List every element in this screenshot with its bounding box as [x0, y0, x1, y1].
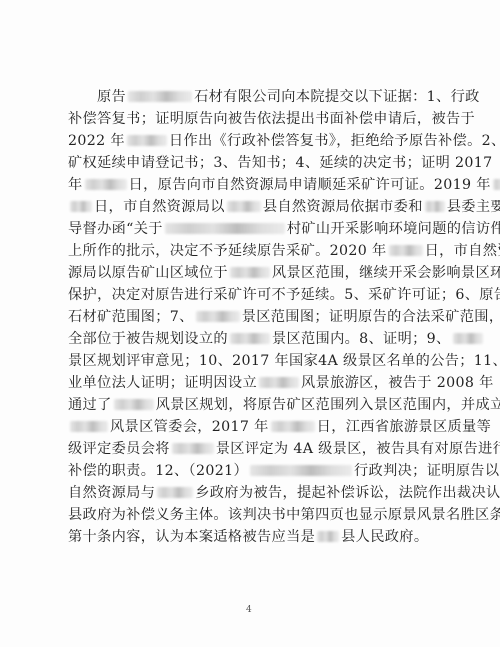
text-segment: 补偿的职责。12、（2021）: [68, 463, 248, 479]
redacted-text: [250, 465, 352, 476]
text-segment: 导督办函“关于: [68, 221, 163, 237]
paragraph-line: 县政府为补偿义务主体。该判决书中第四页也显示原景风景名胜区条例: [68, 504, 442, 526]
paragraph-line: 级评定委员会将景区评定为 4A 级景区，被告具有对原告进行: [68, 438, 442, 460]
paragraph-line: 风景区管委会，2017 年日，江西省旅游景区质量等: [68, 416, 442, 438]
text-segment: 景区范围图；证明原告的合法采矿范围，: [242, 309, 500, 325]
redacted-text: [227, 201, 261, 212]
paragraph-line: 景区规划评审意见；10、2017 年国家4A 级景区名单的公告；11、事: [68, 350, 442, 372]
redacted-text: [127, 135, 167, 146]
text-segment: 乡政府为被告，提起补偿诉讼，法院作出裁决认为: [195, 485, 500, 501]
redacted-text: [70, 201, 92, 212]
text-segment: 石材有限公司向本院提交以下证据：1、行政: [194, 89, 480, 105]
text-segment: 年: [68, 177, 83, 193]
paragraph-line: 原告石材有限公司向本院提交以下证据：1、行政: [68, 86, 442, 108]
text-segment: 原告: [97, 89, 126, 105]
text-segment: 村矿山开采影响环境问题的信访件”: [287, 221, 500, 237]
paragraph-line: 补偿的职责。12、（2021）行政判决；证明原告以市: [68, 460, 442, 482]
paragraph-line: 上所作的批示，决定不予延续原告采矿。2020 年日，市自然资: [68, 240, 442, 262]
paragraph-line: 源局以原告矿山区域位于风景区范围，继续开采会影响景区环境: [68, 262, 442, 284]
document-page: 原告石材有限公司向本院提交以下证据：1、行政补偿答复书；证明原告向被告依法提出书…: [0, 0, 500, 647]
redacted-text: [389, 245, 423, 256]
text-segment: 县委主要领: [447, 199, 500, 215]
text-segment: 石材矿范围图；7、: [68, 309, 194, 325]
text-segment: 县自然资源局依据市委和: [263, 199, 423, 215]
paragraph-line: 导督办函“关于村矿山开采影响环境问题的信访件”: [68, 218, 442, 240]
text-segment: 日，市自然资源局以: [94, 199, 225, 215]
paragraph-line: 补偿答复书；证明原告向被告依法提出书面补偿申请后，被告于: [68, 108, 442, 130]
text-segment: 风景旅游区，被告于 2008 年: [301, 375, 494, 391]
redacted-text: [165, 223, 285, 234]
redacted-text: [85, 179, 127, 190]
text-segment: 补偿答复书；证明原告向被告依法提出书面补偿申请后，被告于: [68, 111, 475, 127]
redacted-text: [425, 201, 445, 212]
paragraph-line: 全部位于被告规划设立的景区范围内。8、证明；9、: [68, 328, 442, 350]
paragraph-line: 第十条内容，认为本案适格被告应当是县人民政府。: [68, 526, 442, 548]
text-segment: 景区规划评审意见；10、2017 年国家4A 级景区名单的公告；11、事: [68, 353, 500, 369]
text-segment: 源局以原告矿山区域位于: [68, 265, 228, 281]
redacted-text: [493, 179, 500, 190]
redacted-text: [157, 487, 193, 498]
text-segment: 业单位法人证明；证明因设立: [68, 375, 257, 391]
text-segment: 矿权延续申请登记书；3、告知书；4、延续的决定书；证明 2017: [68, 155, 493, 171]
text-segment: 日，江西省旅游景区质量等: [317, 419, 491, 435]
text-segment: 保护，决定对原告进行采矿许可不予延续。5、采矿许可证；6、原告: [68, 287, 500, 303]
paragraph-line: 自然资源局与乡政府为被告，提起补偿诉讼，法院作出裁决认为: [68, 482, 442, 504]
redacted-text: [259, 377, 299, 388]
text-segment: 景区范围内。8、证明；9、: [272, 331, 451, 347]
paragraph-line: 保护，决定对原告进行采矿许可不予延续。5、采矿许可证；6、原告: [68, 284, 442, 306]
text-segment: 日，原告向市自然资源局申请顺延采矿许可证。2019 年: [129, 177, 491, 193]
text-segment: 行政判决；证明原告以市: [354, 463, 500, 479]
text-segment: 全部位于被告规划设立的: [68, 331, 228, 347]
text-segment: 景区评定为 4A 级景区，被告具有对原告进行: [216, 441, 500, 457]
paragraph-line: 通过了风景区规划，将原告矿区范围列入景区范围内，并成立: [68, 394, 442, 416]
redacted-text: [230, 333, 270, 344]
text-segment: 风景区范围，继续开采会影响景区环境: [272, 265, 500, 281]
paragraph-line: 石材矿范围图；7、景区范围图；证明原告的合法采矿范围，: [68, 306, 442, 328]
text-segment: 通过了: [68, 397, 112, 413]
text-segment: 日，市自然资: [425, 243, 500, 259]
text-segment: 级评定委员会将: [68, 441, 170, 457]
text-segment: 县政府为补偿义务主体。该判决书中第四页也显示原景风景名胜区条例: [68, 507, 500, 523]
paragraph-line: 日，市自然资源局以县自然资源局依据市委和县委主要领: [68, 196, 442, 218]
redacted-text: [128, 91, 192, 102]
text-segment: 日作出《行政补偿答复书》，拒绝给予原告补偿。2、采: [169, 133, 500, 149]
text-segment: 第十条内容，认为本案适格被告应当是: [68, 529, 315, 545]
paragraph-line: 业单位法人证明；证明因设立风景旅游区，被告于 2008 年: [68, 372, 442, 394]
redacted-text: [114, 399, 154, 410]
text-segment: 2022 年: [68, 133, 125, 149]
redacted-text: [172, 443, 214, 454]
text-segment: 县人民政府。: [341, 529, 428, 545]
evidence-paragraph: 原告石材有限公司向本院提交以下证据：1、行政补偿答复书；证明原告向被告依法提出书…: [68, 86, 442, 548]
redacted-text: [70, 421, 108, 432]
redacted-text: [230, 267, 270, 278]
text-segment: 风景区规划，将原告矿区范围列入景区范围内，并成立: [156, 397, 500, 413]
redacted-text: [271, 421, 315, 432]
paragraph-line: 矿权延续申请登记书；3、告知书；4、延续的决定书；证明 2017: [68, 152, 442, 174]
paragraph-line: 年日，原告向市自然资源局申请顺延采矿许可证。2019 年: [68, 174, 442, 196]
paragraph-line: 2022 年日作出《行政补偿答复书》，拒绝给予原告补偿。2、采: [68, 130, 442, 152]
text-segment: 上所作的批示，决定不予延续原告采矿。2020 年: [68, 243, 387, 259]
redacted-text: [453, 333, 483, 344]
redacted-text: [317, 531, 339, 542]
redacted-text: [196, 311, 240, 322]
text-segment: 风景区管委会，2017 年: [110, 419, 269, 435]
text-segment: 自然资源局与: [68, 485, 155, 501]
page-number: 4: [246, 605, 252, 615]
